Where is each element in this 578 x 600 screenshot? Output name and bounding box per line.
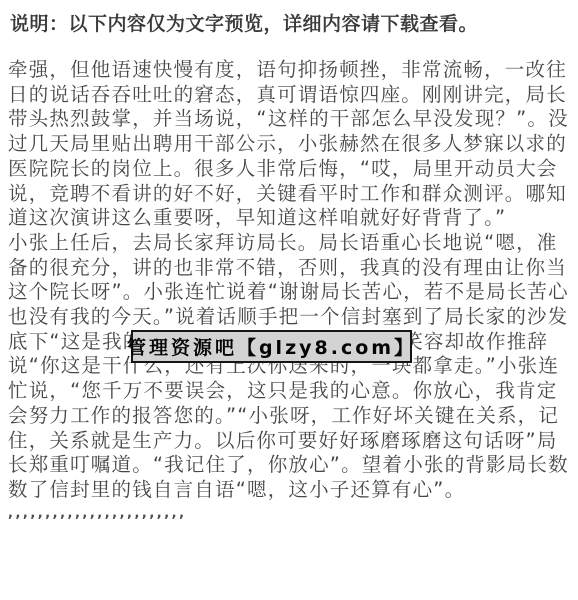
watermark-box: 管理资源吧【glzy8.com】 (131, 330, 412, 363)
body-paragraph-1: 牵强，但他语速快慢有度，语句抑扬顿挫，非常流畅，一改往日的说话吞吞吐吐的窘态，真… (8, 58, 570, 231)
preview-notice: 说明：以下内容仅为文字预览，详细内容请下载查看。 (10, 12, 570, 36)
body-paragraph-2: 小张上任后，去局长家拜访局长。局长语重心长地说“嗯，准备的很充分，讲的也非常不错… (8, 231, 570, 503)
preview-page: 说明：以下内容仅为文字预览，详细内容请下载查看。 牵强，但他语速快慢有度，语句抑… (0, 0, 578, 600)
truncation-ellipsis-row: ,,,,,,,,,,,,,,,,,,,,,,,, (8, 507, 570, 521)
preview-body: 牵强，但他语速快慢有度，语句抑扬顿挫，非常流畅，一改往日的说话吞吞吐吐的窘态，真… (8, 58, 570, 521)
watermark-label: 管理资源吧【glzy8.com】 (127, 333, 416, 360)
